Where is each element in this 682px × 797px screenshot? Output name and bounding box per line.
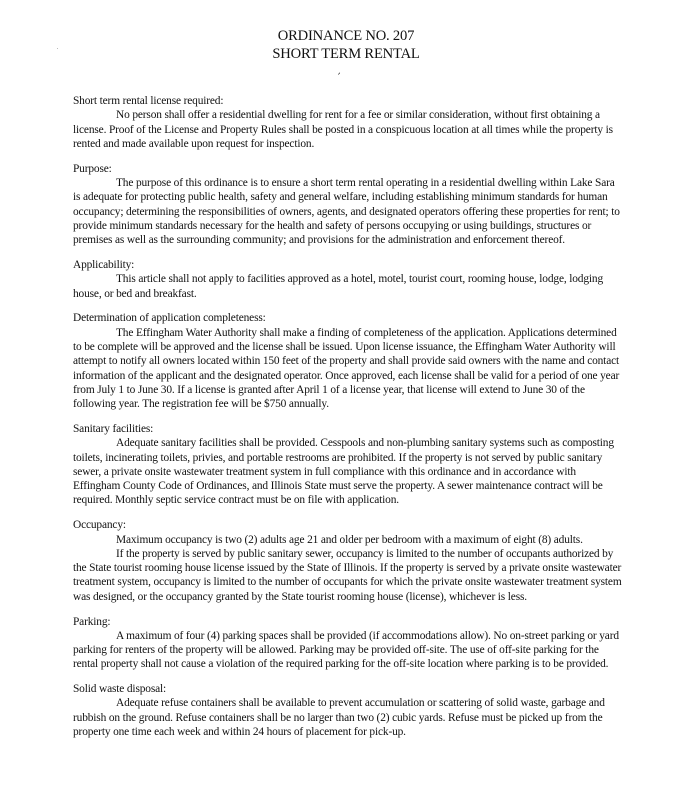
section-paragraph: The Effingham Water Authority shall make… [73,326,623,412]
section-purpose: Purpose: The purpose of this ordinance i… [73,162,623,248]
section-heading: Sanitary facilities: [73,422,623,436]
section-heading: Solid waste disposal: [73,682,623,696]
section-paragraph: Maximum occupancy is two (2) adults age … [73,533,623,547]
section-heading: Purpose: [73,162,623,176]
section-paragraph: The purpose of this ordinance is to ensu… [73,176,623,247]
document-body: Short term rental license required: No p… [73,94,623,750]
section-paragraph: A maximum of four (4) parking spaces sha… [73,629,623,672]
section-heading: Occupancy: [73,518,623,532]
section-paragraph: Adequate sanitary facilities shall be pr… [73,436,623,507]
section-license-required: Short term rental license required: No p… [73,94,623,151]
ordinance-subtitle: SHORT TERM RENTAL [10,45,682,63]
stray-mark: ′ [335,71,341,82]
section-occupancy: Occupancy: Maximum occupancy is two (2) … [73,518,623,604]
section-heading: Determination of application completenes… [73,311,623,325]
section-heading: Short term rental license required: [73,94,623,108]
section-paragraph: If the property is served by public sani… [73,547,623,604]
section-solid-waste: Solid waste disposal: Adequate refuse co… [73,682,623,739]
section-heading: Applicability: [73,258,623,272]
section-applicability: Applicability: This article shall not ap… [73,258,623,301]
title-block: ORDINANCE NO. 207 SHORT TERM RENTAL [0,27,682,63]
ordinance-title: ORDINANCE NO. 207 [10,27,682,45]
section-heading: Parking: [73,615,623,629]
section-paragraph: Adequate refuse containers shall be avai… [73,696,623,739]
section-paragraph: This article shall not apply to faciliti… [73,272,623,301]
section-application-completeness: Determination of application completenes… [73,311,623,411]
section-paragraph: No person shall offer a residential dwel… [73,108,623,151]
section-sanitary-facilities: Sanitary facilities: Adequate sanitary f… [73,422,623,508]
section-parking: Parking: A maximum of four (4) parking s… [73,615,623,672]
document-page: ORDINANCE NO. 207 SHORT TERM RENTAL ′ Sh… [0,0,682,797]
